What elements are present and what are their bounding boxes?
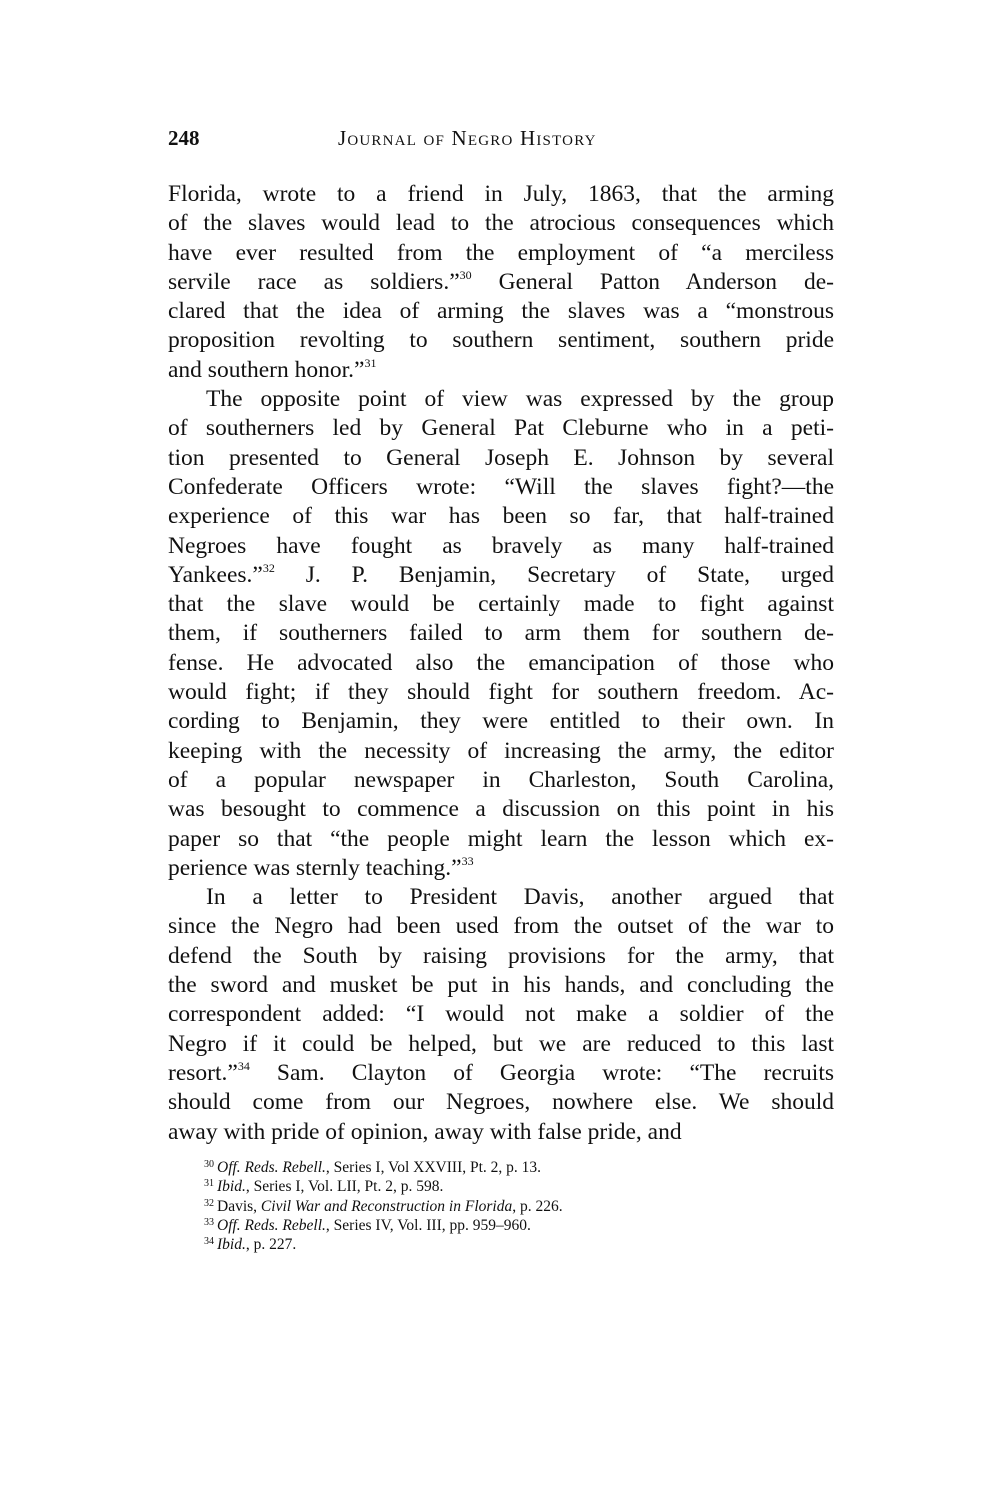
text-line: servile race as soldiers.”30 General Pat…: [168, 268, 834, 297]
text-line: keeping with the necessity of increasing…: [168, 737, 834, 766]
text-line: proposition revolting to southern sentim…: [168, 326, 834, 355]
running-head: Journal of Negro History: [338, 126, 597, 151]
text-line: resort.”34 Sam. Clayton of Georgia wrote…: [168, 1059, 834, 1088]
text-line: perience was sternly teaching.”33: [168, 854, 834, 883]
footnote-reference[interactable]: 32: [263, 561, 275, 575]
footnote-source-title: Ibid.: [217, 1178, 246, 1195]
footnote: 32Davis, Civil War and Reconstruction in…: [204, 1197, 804, 1216]
footnote-number: 32: [204, 1198, 214, 1209]
footnote-source-title: Off. Reds. Rebell.: [217, 1159, 326, 1176]
text-line: was besought to commence a discussion on…: [168, 795, 834, 824]
footnote-source-title: Ibid.: [217, 1236, 246, 1253]
footnote: 33Off. Reds. Rebell., Series IV, Vol. II…: [204, 1216, 804, 1235]
footnote-reference[interactable]: 33: [462, 854, 474, 868]
footnote: 31Ibid., Series I, Vol. LII, Pt. 2, p. 5…: [204, 1177, 804, 1196]
footnote-reference[interactable]: 34: [238, 1059, 250, 1073]
body-text: Florida, wrote to a friend in July, 1863…: [168, 180, 834, 1147]
text-line: them, if southerners failed to arm them …: [168, 619, 834, 648]
footnote-reference[interactable]: 30: [460, 268, 472, 282]
footnote-number: 34: [204, 1236, 214, 1247]
footnote-source-title: Civil War and Reconstruction in Florida: [261, 1198, 512, 1215]
page-number: 248: [168, 126, 200, 151]
footnote: 30Off. Reds. Rebell., Series I, Vol XXVI…: [204, 1158, 804, 1177]
footnote: 34Ibid., p. 227.: [204, 1235, 804, 1254]
text-line: of the slaves would lead to the atrociou…: [168, 209, 834, 238]
text-line: Yankees.”32 J. P. Benjamin, Secretary of…: [168, 561, 834, 590]
text-line: experience of this war has been so far, …: [168, 502, 834, 531]
paragraph: The opposite point of view was expressed…: [168, 385, 834, 883]
text-line: that the slave would be certainly made t…: [168, 590, 834, 619]
text-line: Confederate Officers wrote: “Will the sl…: [168, 473, 834, 502]
text-line: tion presented to General Joseph E. John…: [168, 444, 834, 473]
text-line: away with pride of opinion, away with fa…: [168, 1118, 834, 1147]
footnote-number: 33: [204, 1217, 214, 1228]
footnote-reference[interactable]: 31: [364, 356, 376, 370]
text-line: defend the South by raising provisions f…: [168, 942, 834, 971]
footnote-source-title: Off. Reds. Rebell.: [217, 1217, 326, 1234]
text-line: clared that the idea of arming the slave…: [168, 297, 834, 326]
text-line: fense. He advocated also the emancipatio…: [168, 649, 834, 678]
text-line: should come from our Negroes, nowhere el…: [168, 1088, 834, 1117]
page-header: 248 Journal of Negro History: [168, 126, 834, 156]
text-line: Negro if it could be helped, but we are …: [168, 1030, 834, 1059]
text-line: cording to Benjamin, they were entitled …: [168, 707, 834, 736]
text-line: would fight; if they should fight for so…: [168, 678, 834, 707]
text-line: since the Negro had been used from the o…: [168, 912, 834, 941]
footnotes: 30Off. Reds. Rebell., Series I, Vol XXVI…: [204, 1158, 804, 1254]
text-line: of a popular newspaper in Charleston, So…: [168, 766, 834, 795]
text-line: Florida, wrote to a friend in July, 1863…: [168, 180, 834, 209]
text-line: and southern honor.”31: [168, 356, 834, 385]
text-line: paper so that “the people might learn th…: [168, 825, 834, 854]
paragraph: Florida, wrote to a friend in July, 1863…: [168, 180, 834, 385]
text-line: In a letter to President Davis, another …: [168, 883, 834, 912]
document-page: 248 Journal of Negro History Florida, wr…: [0, 0, 1000, 1507]
text-line: have ever resulted from the employment o…: [168, 239, 834, 268]
text-line: the sword and musket be put in his hands…: [168, 971, 834, 1000]
text-line: correspondent added: “I would not make a…: [168, 1000, 834, 1029]
text-line: The opposite point of view was expressed…: [168, 385, 834, 414]
footnote-number: 31: [204, 1178, 214, 1189]
footnote-number: 30: [204, 1159, 214, 1170]
text-line: of southerners led by General Pat Clebur…: [168, 414, 834, 443]
text-line: Negroes have fought as bravely as many h…: [168, 532, 834, 561]
paragraph: In a letter to President Davis, another …: [168, 883, 834, 1147]
